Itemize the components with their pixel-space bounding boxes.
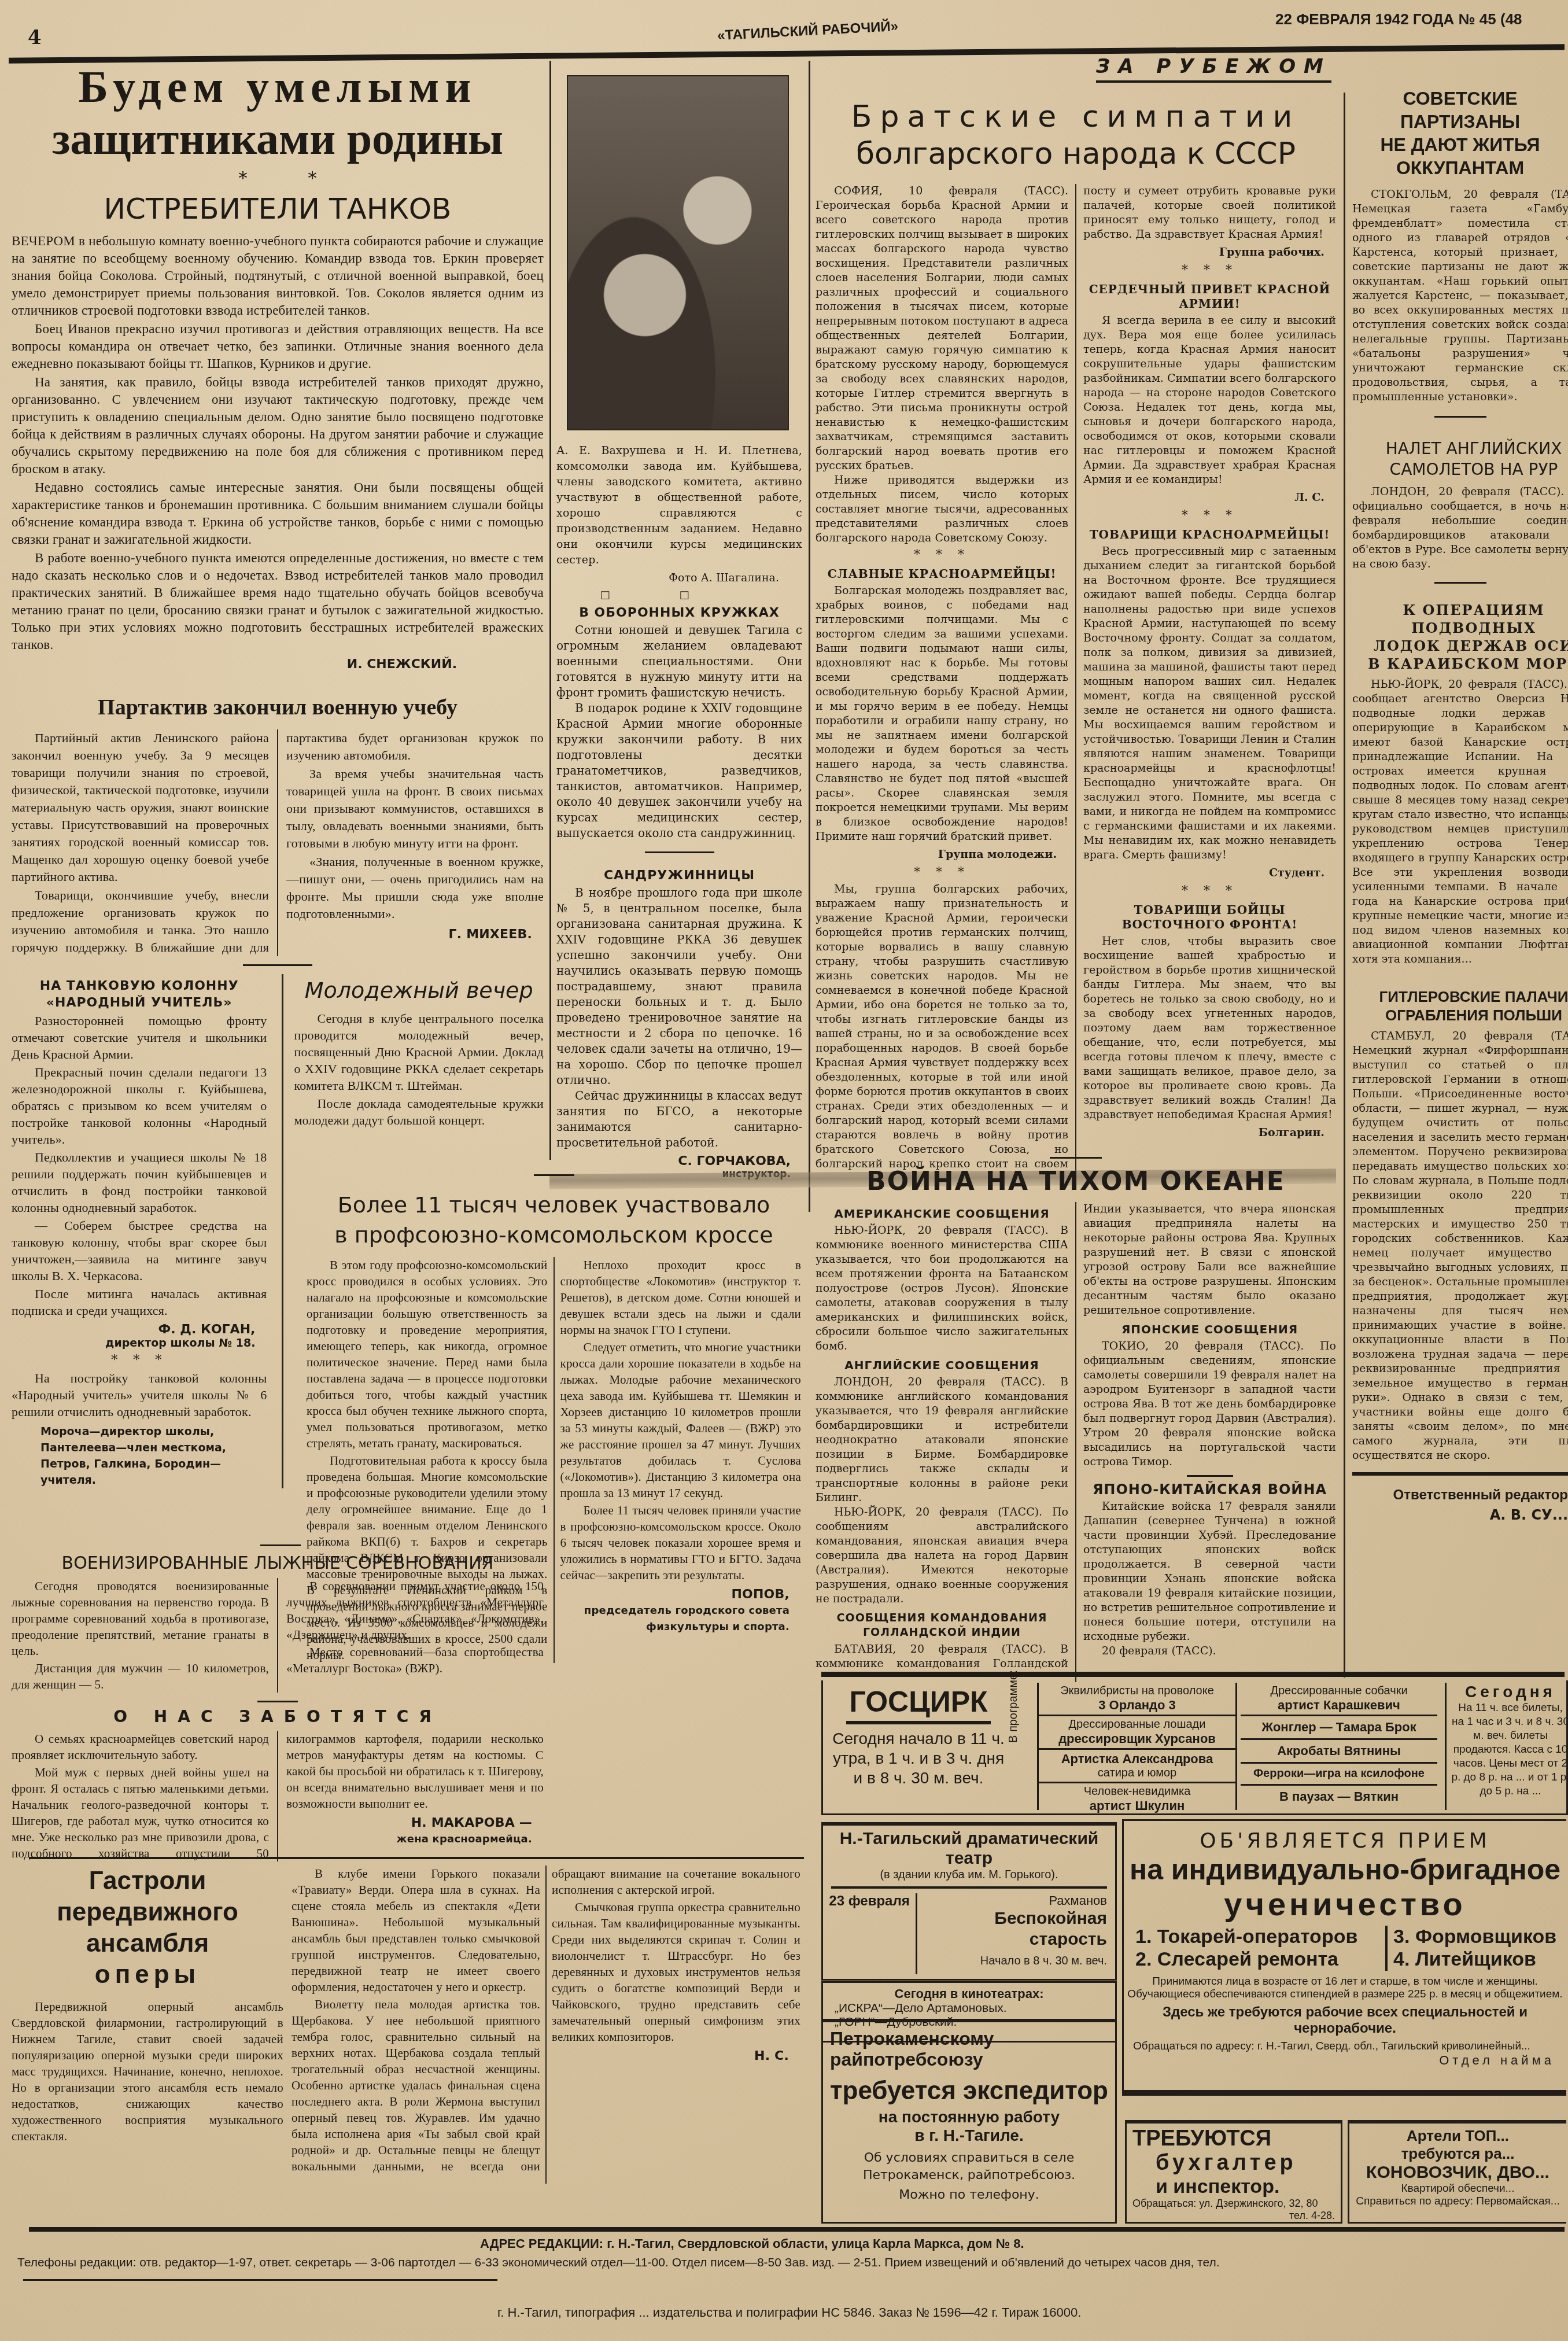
main-headline-line-2: защитниками родины	[12, 113, 544, 165]
cross-country-headline: Более 11 тысяч человек участвовало в про…	[307, 1190, 801, 1250]
accountant-ad: ТРЕБУЮТСЯ бухгалтер и инспектор. Обращат…	[1125, 2120, 1342, 2224]
poland-headline: ГИТЛЕРОВСКИЕ ПАЛАЧИ ОГРАБЛЕНИЯ ПОЛЬШИ	[1352, 987, 1568, 1024]
act-line-1: Дрессированные собачки	[1241, 1684, 1437, 1698]
play-title: Беспокойная старость	[917, 1908, 1107, 1950]
photo-credit: Фото А. Шагалина.	[556, 572, 779, 584]
photo-column: А. Е. Вахрушева и Н. И. Плетнева, комсом…	[556, 75, 802, 1184]
column-divider	[549, 61, 551, 1160]
tank-column-subtitle: «НАРОДНЫЙ УЧИТЕЛЬ»	[12, 996, 267, 1010]
paragraph: Недавно состоялись самые интересные заня…	[12, 479, 544, 548]
paragraph: Место соревнований—база спортобщества «М…	[286, 1644, 544, 1676]
admission-item: 1. Токарей-операторов	[1135, 1926, 1385, 1948]
admission-subtitle: на индивидуально-бригадное	[1124, 1853, 1566, 1886]
headline-line: ОККУПАНТАМ	[1352, 156, 1568, 179]
paragraph: Смычковая группа оркестра сравнительно с…	[552, 1899, 800, 2045]
paragraph: Следует отметить, что многие участники к…	[560, 1339, 802, 1501]
paragraph: СТАМБУЛ, 20 февраля (ТАСС). Немецкий жур…	[1352, 1029, 1568, 1463]
partaktiv-title: Партактив закончил военную учебу	[12, 695, 544, 720]
opera-article: Гастроли передвижного ансамбля оперы Пер…	[12, 1866, 804, 2189]
paragraph: На занятия, как правило, бойцы взвода ис…	[12, 374, 544, 478]
theatre-body: 23 февраля Рахманов Беспокойная старость…	[823, 1893, 1115, 1974]
paragraph: Боец Иванов прекрасно изучил противогаз …	[12, 320, 544, 373]
bulgaria-body: СОФИЯ, 10 февраля (ТАСС). Героическая бо…	[816, 184, 1336, 1179]
act-line-2: 3 Орландо 3	[1039, 1698, 1235, 1713]
paragraph: На постройку танковой колонны «Народный …	[12, 1370, 267, 1420]
headline-line: В КАРАИБСКОМ МОРЕ	[1352, 655, 1568, 673]
paragraph: Передвижной оперный ансамбль Свердловско…	[12, 1999, 283, 2144]
editor-label: Ответственный редактор	[1352, 1487, 1568, 1503]
admission-note: Принимаются лица в возрасте от 16 лет и …	[1124, 1975, 1566, 1988]
act: В паузах — Вяткин	[1241, 1786, 1437, 1808]
letter-title: ТОВАРИЩИ БОЙЦЫ ВОСТОЧНОГО ФРОНТА!	[1083, 903, 1336, 932]
headline-line: ОГРАБЛЕНИЯ ПОЛЬШИ	[1352, 1006, 1568, 1024]
paragraph: Более 11 тысяч человек приняли участие в…	[560, 1502, 802, 1583]
theatre-location: (в здании клуба им. М. Горького).	[831, 1868, 1107, 1889]
ski-competition: ВОЕНИЗИРОВАННЫЕ ЛЫЖНЫЕ СОРЕВНОВАНИЯ Сего…	[12, 1553, 544, 1861]
footer-address: АДРЕС РЕДАКЦИИ: г. Н.-Тагил, Свердловско…	[480, 2236, 1024, 2251]
letter-title: СЛАВНЫЕ КРАСНОАРМЕЙЦЫ!	[816, 567, 1068, 581]
ruhr-headline: НАЛЕТ АНГЛИЙСКИХ САМОЛЕТОВ НА РУР	[1352, 438, 1568, 480]
act: Акробаты Вятнины	[1241, 1740, 1437, 1764]
paragraph: Педколлектив и учащиеся школы № 18 решил…	[12, 1149, 267, 1216]
letter-signature: Группа молодежи.	[816, 847, 1057, 862]
subheading: АНГЛИЙСКИЕ СООБЩЕНИЯ	[816, 1358, 1068, 1373]
artel-content: Артели ТОП... требуются ра... КОНОВОЗЧИК…	[1349, 2124, 1566, 2211]
stars: * * *	[1083, 263, 1336, 278]
paragraph: В работе военно-учебного пункта имеются …	[12, 550, 544, 654]
ad-headline: требуется экспедитор	[830, 2077, 1108, 2106]
opera-body: В клубе имени Горького показали «Травиат…	[292, 1866, 800, 2184]
ad-line: Артели ТОП...	[1355, 2127, 1560, 2145]
ad-line: КОНОВОЗЧИК, ДВО...	[1355, 2163, 1560, 2183]
footer-rule-2	[23, 2279, 497, 2281]
paragraph: Китайские войска 17 февраля заняли Дашап…	[1083, 1499, 1336, 1644]
circus-side: Сегодня На 11 ч. все билеты, на 1 час и …	[1445, 1683, 1568, 1810]
signature-title: директор школы № 18.	[12, 1337, 255, 1350]
signature-title: председатель городского совета физкульту…	[560, 1603, 790, 1635]
opera-headline: Гастроли передвижного ансамбля оперы	[12, 1866, 283, 1990]
column-divider	[809, 61, 810, 1212]
headline-line: ЛОДОК ДЕРЖАВ ОСИ	[1352, 637, 1568, 655]
letter-text: Весь прогрессивный мир с затаенным дыхан…	[1083, 544, 1336, 862]
act: Человек-невидимкаартист Шкулин	[1039, 1783, 1235, 1815]
pacific-war-body: АМЕРИКАНСКИЕ СООБЩЕНИЯ НЬЮ-ЙОРК, 20 февр…	[816, 1202, 1336, 1682]
issue-date: 22 ФЕВРАЛЯ 1942 ГОДА № 45 (48	[1275, 10, 1522, 28]
signature-title: жена красноармейца.	[286, 1831, 532, 1848]
ad-line: Можно по телефону.	[830, 2188, 1108, 2202]
ski-body: Сегодня проводятся военизированные лыжны…	[12, 1578, 544, 1693]
paragraph: СТОКГОЛЬМ, 20 февраля (ТАСС). Немецкая г…	[1352, 187, 1568, 404]
stars: * * *	[816, 865, 1068, 880]
paragraph: НЬЮ-ЙОРК, 20 февраля (ТАСС). Как сообщае…	[1352, 677, 1568, 967]
divider	[243, 964, 312, 966]
right-column: СОВЕТСКИЕ ПАРТИЗАНЫ НЕ ДАЮТ ЖИТЬЯ ОККУПА…	[1352, 87, 1568, 1683]
paragraph: В подарок родине к XXIV годовщине Красно…	[556, 701, 802, 841]
play-author: Рахманов	[917, 1893, 1107, 1908]
bulgaria-headline-line-2: болгарского народа к СССР	[816, 135, 1336, 172]
ad-address: Обращаться: ул. Дзержинского, 32, 80	[1132, 2198, 1335, 2210]
paragraph: Сегодня проводятся военизированные лыжны…	[12, 1578, 269, 1659]
sandruzh-body: В ноябре прошлого года при школе № 5, в …	[556, 885, 802, 1151]
admission-note: Обращаться по адресу: г. Н.-Тагил, Сверд…	[1133, 2040, 1566, 2053]
act: Дрессированные собачкиартист Карашкевич	[1241, 1683, 1437, 1716]
letter-signature: Л. С.	[1083, 491, 1325, 505]
tank-article-signature: И. СНЕЖСКИЙ.	[12, 657, 457, 672]
care-body: О семьях красноармейцев советский народ …	[12, 1731, 544, 1861]
paragraph: О семьях красноармейцев советский народ …	[12, 1731, 269, 1763]
caribbean-headline: К ОПЕРАЦИЯМ ПОДВОДНЫХ ЛОДОК ДЕРЖАВ ОСИ В…	[1352, 601, 1568, 673]
bulgaria-headline: Братские симпатии болгарского народа к С…	[816, 98, 1336, 172]
paragraph: Неплохо проходит кросс в спортобществе «…	[560, 1257, 802, 1338]
subheading: ЯПОНО-КИТАЙСКАЯ ВОЙНА	[1083, 1483, 1336, 1497]
headline-line: передвижного ансамбля	[12, 1897, 283, 1959]
admission-note: Здесь же требуются рабочие всех специаль…	[1124, 2004, 1566, 2037]
signature-name: ПОПОВ,	[560, 1587, 790, 1603]
ad-line: Квартирой обеспечи...	[1355, 2183, 1560, 2195]
admission-ad: ОБ'ЯВЛЯЕТСЯ ПРИЕМ на индивидуально-брига…	[1122, 1819, 1566, 2096]
caribbean-body: НЬЮ-ЙОРК, 20 февраля (ТАСС). Как сообщае…	[1352, 677, 1568, 967]
tank-article-body: ВЕЧЕРОМ в небольшую комнату военно-учебн…	[12, 233, 544, 654]
paragraph: Разносторонней помощью фронту отмечают с…	[12, 1012, 267, 1063]
paragraph: ЛОНДОН, 20 февраля (ТАСС). В коммюнике а…	[816, 1375, 1068, 1505]
side-title: Сегодня	[1451, 1683, 1568, 1701]
cinema-line: „ИСКРА“—Дело Артамоновых.	[835, 2001, 1115, 2015]
paragraph: Прекрасный почин сделали педагоги 13 жел…	[12, 1064, 267, 1148]
paragraph: НЬЮ-ЙОРК, 20 февраля (ТАСС). В коммюнике…	[816, 1223, 1068, 1354]
subheading: ЯПОНСКИЕ СООБЩЕНИЯ	[1083, 1322, 1336, 1337]
headline-line: НАЛЕТ АНГЛИЙСКИХ	[1352, 438, 1568, 459]
pacific-war-title: ВОЙНА НА ТИХОМ ОКЕАНЕ	[816, 1167, 1336, 1196]
paragraph: Сотни юношей и девушек Тагила с огромным…	[556, 622, 802, 701]
poland-body: СТАМБУЛ, 20 февраля (ТАСС). Немецкий жур…	[1352, 1029, 1568, 1463]
divider	[257, 1701, 298, 1702]
opera-columns: Гастроли передвижного ансамбля оперы Пер…	[12, 1866, 804, 2184]
defense-circles-body: Сотни юношей и девушек Тагила с огромным…	[556, 622, 802, 841]
opera-lead: Передвижной оперный ансамбль Свердловско…	[12, 1999, 283, 2144]
circus-schedule: Сегодня начало в 11 ч. утра, в 1 ч. и в …	[829, 1729, 1008, 1788]
partisans-body: СТОКГОЛЬМ, 20 февраля (ТАСС). Немецкая г…	[1352, 187, 1568, 404]
act: Жонглер — Тамара Брок	[1241, 1716, 1437, 1740]
accountant-content: ТРЕБУЮТСЯ бухгалтер и инспектор. Обращат…	[1127, 2124, 1341, 2225]
partisans-headline: СОВЕТСКИЕ ПАРТИЗАНЫ НЕ ДАЮТ ЖИТЬЯ ОККУПА…	[1352, 87, 1568, 179]
paragraph: После митинга началась активная подписка…	[12, 1285, 267, 1319]
paragraph: В клубе имени Горького показали «Травиат…	[292, 1866, 540, 1995]
admission-item: 2. Слесарей ремонта	[1135, 1948, 1385, 1971]
divider	[1434, 416, 1486, 418]
act: Эквилибристы на проволоке3 Орландо 3	[1039, 1683, 1235, 1716]
act: Артистка Александровасатира и юмор	[1039, 1750, 1235, 1783]
ski-article	[12, 1544, 804, 1550]
pacific-war-article: ВОЙНА НА ТИХОМ ОКЕАНЕ АМЕРИКАНСКИЕ СООБЩ…	[816, 1157, 1336, 1682]
subheading: АМЕРИКАНСКИЕ СООБЩЕНИЯ	[816, 1207, 1068, 1221]
names-list: Мороча—директор школы, Пантелеева—член м…	[40, 1424, 267, 1488]
ad-line: и инспектор.	[1156, 2176, 1335, 2198]
paragraph: В этом году профсоюзно-комсомольский кро…	[307, 1257, 548, 1451]
artel-ad: Артели ТОП... требуются ра... КОНОВОЗЧИК…	[1348, 2120, 1566, 2224]
act-line-2: дрессировщик Хурсанов	[1039, 1731, 1235, 1746]
photo-komsomol-girls	[567, 75, 789, 430]
paragraph: ЛОНДОН, 20 февраля (ТАСС). Как официальн…	[1352, 485, 1568, 572]
act: Ферроки—игра на ксилофоне	[1241, 1764, 1437, 1786]
youth-evening-body: Сегодня в клубе центрального поселка про…	[294, 1010, 544, 1129]
divider	[1187, 1475, 1233, 1477]
letter-title: СЕРДЕЧНЫЙ ПРИВЕТ КРАСНОЙ АРМИИ!	[1083, 282, 1336, 311]
letter-text: Нет слов, чтобы выразить свое восхищение…	[1083, 934, 1336, 1122]
editor-name: А. В. СУ...	[1352, 1507, 1568, 1523]
theatre-ad: Н.-Тагильский драматический театр (в зда…	[821, 1822, 1117, 1981]
main-headline: Будем умелыми защитниками родины	[12, 61, 544, 165]
section-title: ЗА РУБЕЖОМ	[1096, 55, 1331, 83]
letter-text: Болгарская молодежь поздравляет вас, хра…	[816, 584, 1068, 844]
paragraph: — Соберем быстрее средства на танковую к…	[12, 1217, 267, 1284]
circus-name: ГОСЦИРК	[846, 1685, 991, 1724]
ad-phone: тел. 4-28.	[1132, 2210, 1335, 2222]
tank-article-title: ИСТРЕБИТЕЛИ ТАНКОВ	[12, 192, 544, 226]
abroad-section-title: ЗА РУБЕЖОМ	[1096, 55, 1331, 83]
act: Дрессированные лошадидрессировщик Хурсан…	[1039, 1716, 1235, 1750]
tank-column-body-2: На постройку танковой колонны «Народный …	[12, 1370, 267, 1420]
paragraph: Дистанция для мужчин — 10 километров, дл…	[12, 1660, 269, 1693]
admission-item: 4. Литейщиков	[1385, 1948, 1566, 1971]
play-start: Начало в 8 ч. 30 м. веч.	[917, 1955, 1107, 1968]
divider	[1352, 1472, 1568, 1476]
sandruzh-title: САНДРУЖИННИЦЫ	[556, 868, 802, 883]
act-line-1: Дрессированные лошади	[1039, 1718, 1235, 1731]
headline-line: СОВЕТСКИЕ ПАРТИЗАНЫ	[1352, 87, 1568, 133]
ad-line: Справиться по адресу: Первомайская...	[1355, 2195, 1560, 2208]
paragraph: Ниже приводятся выдержки из отдельных пи…	[816, 473, 1068, 545]
paragraph: Сейчас дружинницы в классах ведут заняти…	[556, 1088, 802, 1151]
ad-line: райпотребсоюзу	[830, 2049, 1108, 2070]
admission-title: ОБ'ЯВЛЯЕТСЯ ПРИЕМ	[1124, 1829, 1566, 1853]
footer-phones: Телефоны редакции: отв. редактор—1-97, о…	[17, 2256, 1220, 2270]
paragraph: За время учебы значительная часть товари…	[286, 765, 544, 852]
paragraph: Сегодня в клубе центрального поселка про…	[294, 1010, 544, 1094]
ad-line: Об условиях справиться в селе Петрокамен…	[830, 2150, 1108, 2184]
tank-column-article: НА ТАНКОВУЮ КОЛОННУ «НАРОДНЫЙ УЧИТЕЛЬ» Р…	[12, 974, 267, 1488]
act-line-1: Артистка Александрова	[1039, 1752, 1235, 1767]
paragraph: В соревновании примут участие около 150 …	[286, 1578, 544, 1643]
circus-acts-right: Дрессированные собачкиартист Карашкевич …	[1241, 1683, 1437, 1808]
ad-line: бухгалтер	[1156, 2150, 1335, 2176]
partaktiv-signature: Г. МИХЕЕВ.	[286, 926, 532, 943]
ad-headline: ТРЕБУЮТСЯ	[1132, 2127, 1335, 2150]
circus-ad: ГОСЦИРК Сегодня начало в 11 ч. утра, в 1…	[821, 1680, 1568, 1815]
program-label: В программе:	[1007, 1670, 1020, 1743]
admission-items: 1. Токарей-операторов 3. Формовщиков 2. …	[1135, 1926, 1566, 1971]
footer-rule	[29, 2227, 1565, 2232]
signature-name: Ф. Д. КОГАН,	[12, 1322, 255, 1337]
defense-circles-title: В ОБОРОННЫХ КРУЖКАХ	[556, 606, 802, 620]
divider	[1434, 582, 1486, 584]
column-divider	[1344, 93, 1345, 1678]
letter-title: ТОВАРИЩИ КРАСНОАРМЕЙЦЫ!	[1083, 528, 1336, 542]
play-info: Рахманов Беспокойная старость Начало в 8…	[917, 1893, 1115, 1974]
footer-printer: г. Н.-Тагил, типография ... издательства…	[497, 2305, 1081, 2320]
letter-signature: Болгарин.	[1083, 1126, 1325, 1140]
act-line-2: сатира и юмор	[1039, 1767, 1235, 1780]
expeditor-content: Петрокаменскому райпотребсоюзу требуется…	[823, 2022, 1115, 2208]
signature-name: Н. МАКАРОВА —	[286, 1815, 532, 1831]
headline-line: К ОПЕРАЦИЯМ ПОДВОДНЫХ	[1352, 601, 1568, 637]
headline-line: Более 11 тысяч человек участвовало	[307, 1190, 801, 1220]
expeditor-ad: Петрокаменскому райпотребсоюзу требуется…	[821, 2019, 1117, 2224]
letter-signature: Студент.	[1083, 866, 1325, 880]
ruhr-body: ЛОНДОН, 20 февраля (ТАСС). Как официальн…	[1352, 485, 1568, 572]
paragraph: Партийный актив Ленинского района законч…	[12, 729, 269, 886]
divider	[534, 1174, 574, 1176]
care-title: О НАС ЗАБОТЯТСЯ	[12, 1707, 544, 1726]
act-line-2: артист Шкулин	[1039, 1798, 1235, 1813]
photo-caption: А. Е. Вахрушева и Н. И. Плетнева, комсом…	[556, 443, 802, 568]
headline-line: оперы	[12, 1959, 283, 1990]
stars: * * *	[816, 548, 1068, 562]
dateline: 20 февраля (ТАСС).	[1083, 1644, 1336, 1658]
paragraph: СОФИЯ, 10 февраля (ТАСС). Героическая бо…	[816, 184, 1068, 473]
main-headline-line-1: Будем умелыми	[12, 61, 544, 113]
headline-line: НЕ ДАЮТ ЖИТЬЯ	[1352, 133, 1568, 156]
partaktiv-body: Партийный актив Ленинского района законч…	[12, 729, 544, 956]
act-line-1: Человек-невидимка	[1039, 1785, 1235, 1798]
headline-line: Гастроли	[12, 1866, 283, 1897]
divider	[260, 1544, 301, 1546]
side-text: На 11 ч. все билеты, на 1 час и 3 ч. и 8…	[1451, 1701, 1568, 1798]
headline-line: ГИТЛЕРОВСКИЕ ПАЛАЧИ	[1352, 987, 1568, 1006]
stars: * * *	[12, 1353, 267, 1367]
paragraph: ВЕЧЕРОМ в небольшую комнату военно-учебн…	[12, 233, 544, 319]
paragraph: НЬЮ-ЙОРК, 20 февраля (ТАСС). По сообщени…	[816, 1505, 1068, 1606]
theatre-name: Н.-Тагильский драматический театр	[823, 1829, 1115, 1868]
newspaper-name: «ТАГИЛЬСКИЙ РАБОЧИЙ»	[717, 19, 898, 44]
page-number: 4	[28, 26, 42, 49]
ads-top-rule	[821, 1672, 1565, 1677]
ad-line: в г. Н.-Тагиле.	[830, 2126, 1108, 2145]
bulgaria-article: Братские симпатии болгарского народа к С…	[816, 98, 1336, 1179]
ad-line: на постоянную работу	[830, 2108, 1108, 2126]
admission-subtitle-2: ученичество	[1124, 1886, 1566, 1922]
bulgaria-headline-line-1: Братские симпатии	[816, 98, 1336, 135]
opera-head: Гастроли передвижного ансамбля оперы Пер…	[12, 1866, 283, 2184]
cinema-title: Сегодня в кинотеатрах:	[823, 1986, 1115, 2001]
letter-text: Я всегда верила в ее силу и высокий дух.…	[1083, 314, 1336, 487]
admission-note: Обучающиеся обеспечиваются стипендией в …	[1124, 1988, 1566, 2001]
headline-line: в профсоюзно-комсомольском кроссе	[307, 1220, 801, 1250]
subheading: СООБЩЕНИЯ КОМАНДОВАНИЯ ГОЛЛАНДСКОЙ ИНДИИ	[816, 1611, 1068, 1640]
tank-column-title: НА ТАНКОВУЮ КОЛОННУ	[12, 979, 267, 993]
admission-note: Отдел найма	[1124, 2053, 1555, 2068]
paragraph: После доклада самодеятельные кружки моло…	[294, 1095, 544, 1129]
act-line-2: артист Карашкевич	[1241, 1698, 1437, 1713]
admission-item: 3. Формовщиков	[1385, 1926, 1566, 1948]
tank-column-body: Разносторонней помощью фронту отмечают с…	[12, 1012, 267, 1319]
paragraph: ТОКИО, 20 февраля (ТАСС). По официальным…	[1083, 1339, 1336, 1469]
ad-line: требуются ра...	[1355, 2145, 1560, 2163]
stars: * * *	[1083, 508, 1336, 523]
opera-signature: Н. С.	[552, 2048, 789, 2064]
divider	[645, 851, 714, 853]
paragraph: «Знания, полученные в военном кружке,—пи…	[286, 853, 544, 923]
performance-date: 23 февраля	[823, 1893, 917, 1974]
circus-block: ГОСЦИРК Сегодня начало в 11 ч. утра, в 1…	[829, 1685, 1008, 1788]
stars: * * *	[1083, 884, 1336, 898]
section-rule	[29, 1857, 804, 1859]
headline-line: САМОЛЕТОВ НА РУР	[1352, 459, 1568, 480]
ornament: □□	[556, 589, 802, 601]
ski-title: ВОЕНИЗИРОВАННЫЕ ЛЫЖНЫЕ СОРЕВНОВАНИЯ	[12, 1553, 544, 1573]
act-line-1: Эквилибристы на проволоке	[1039, 1684, 1235, 1698]
letter-signature: Группа рабочих.	[1083, 245, 1325, 260]
circus-acts-left: Эквилибристы на проволоке3 Орландо 3 Дре…	[1037, 1683, 1237, 1810]
ad-line: Петрокаменскому	[830, 2028, 1108, 2049]
youth-evening-title: Молодежный вечер	[294, 978, 544, 1003]
separator-stars: * *	[12, 168, 544, 189]
paragraph: В ноябре прошлого года при школе № 5, в …	[556, 885, 802, 1088]
sandruzh-signature: С. ГОРЧАКОВА,	[556, 1154, 791, 1168]
divider	[1050, 1157, 1102, 1159]
